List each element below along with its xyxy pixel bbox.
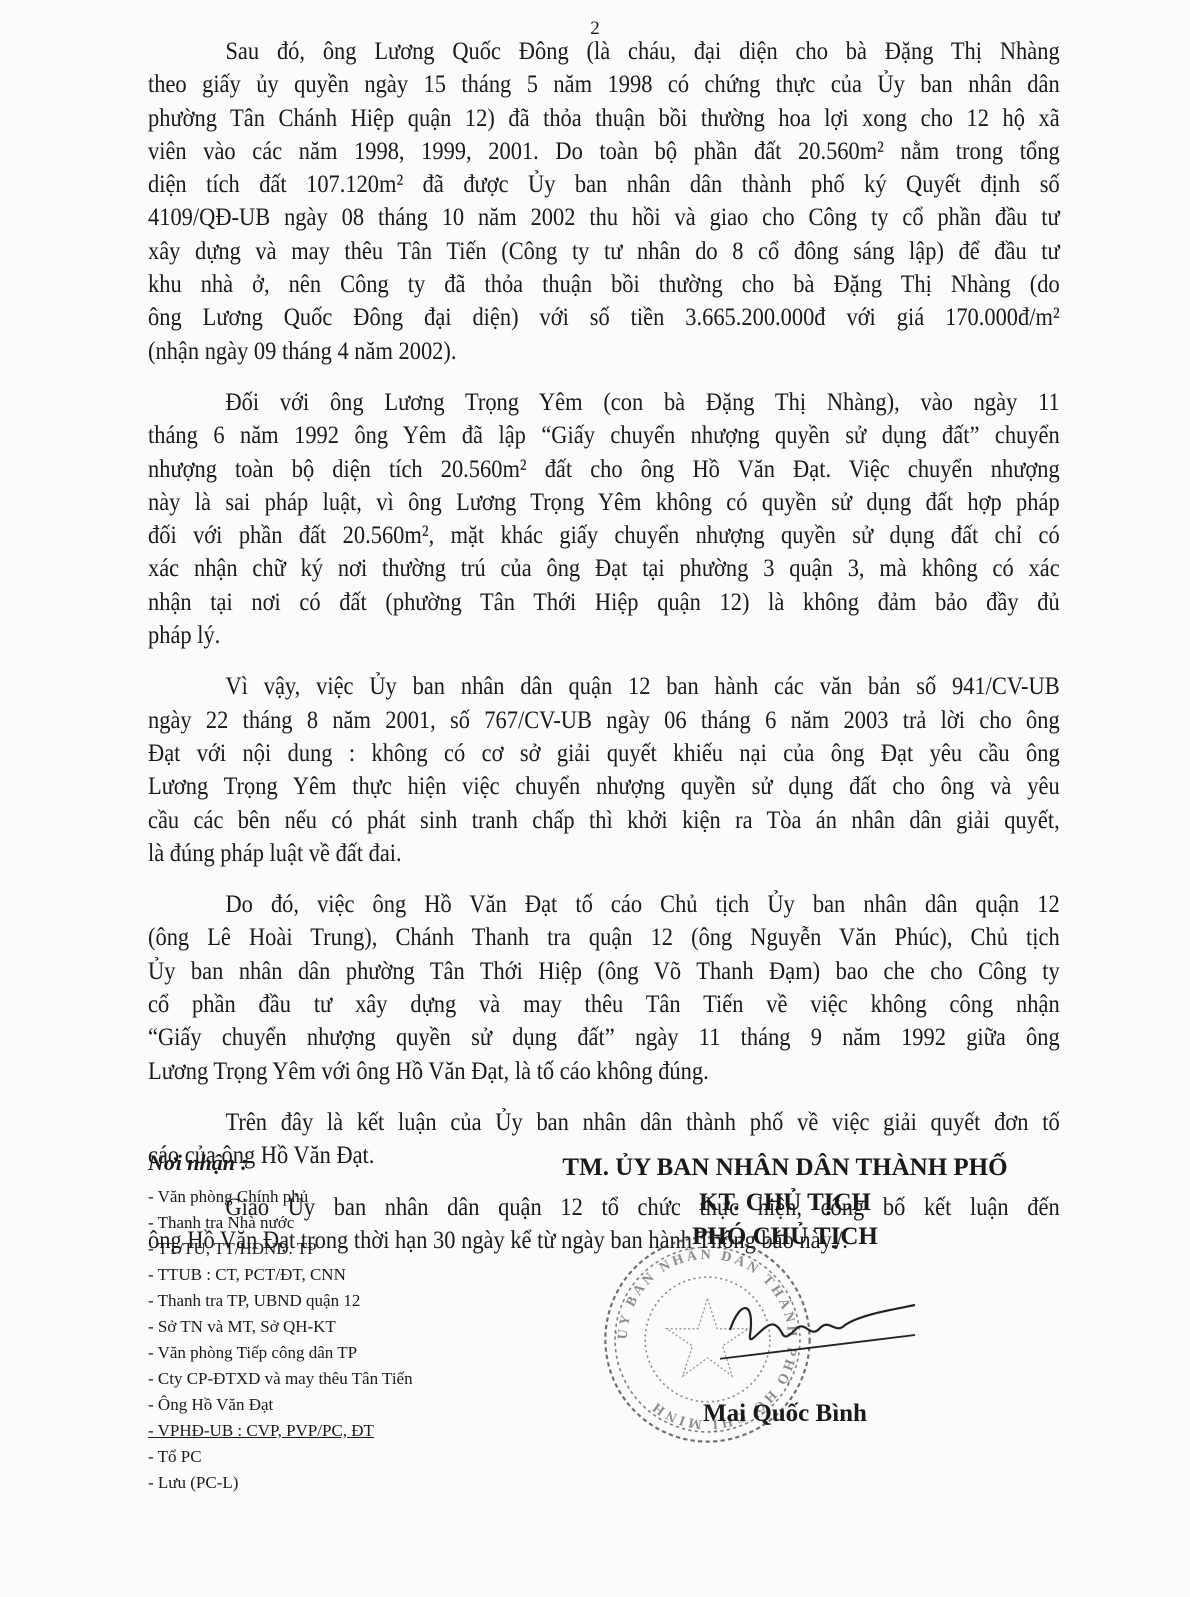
text-line: ông Lương Quốc Đông đại diện) với số tiề…: [71, 300, 1060, 333]
recipients-list: - Văn phòng Chính phủ- Thanh tra Nhà nướ…: [148, 1184, 413, 1496]
paragraph: Đối với ông Lương Trọng Yêm (con bà Đặng…: [148, 385, 1060, 651]
text-line: Ủy ban nhân dân phường Tân Thới Hiệp (ôn…: [71, 954, 1060, 987]
text-line: cổ phần đầu tư xây dựng và may thêu Tân …: [71, 987, 1060, 1020]
signature-block: TM. ỦY BAN NHÂN DÂN THÀNH PHỐ KT. CHỦ TỊ…: [505, 1150, 1065, 1254]
text-line: Do đó, việc ông Hồ Văn Đạt tố cáo Chủ tị…: [148, 887, 1060, 920]
text-line: khu nhà ở, nên Công ty đã thỏa thuận bồi…: [71, 267, 1060, 300]
text-line: Đối với ông Lương Trọng Yêm (con bà Đặng…: [148, 385, 1060, 418]
signer-name: Mai Quốc Bình: [505, 1400, 1065, 1428]
recipient-item: - Tổ PC: [148, 1444, 413, 1470]
text-line: Lương Trọng Yêm với ông Hồ Văn Đạt, là t…: [71, 1054, 1060, 1087]
text-line: đối với phần đất 20.560m², mặt khác giấy…: [71, 518, 1060, 551]
recipient-item: - Sở TN và MT, Sở QH-KT: [148, 1314, 413, 1340]
recipient-item: - Ông Hồ Văn Đạt: [148, 1392, 413, 1418]
text-line: (nhận ngày 09 tháng 4 năm 2002).: [71, 334, 1060, 367]
recipient-item: - Thanh tra Nhà nước: [148, 1210, 413, 1236]
signature-title: PHÓ CHỦ TỊCH: [505, 1220, 1065, 1254]
paragraph: Do đó, việc ông Hồ Văn Đạt tố cáo Chủ tị…: [148, 887, 1060, 1087]
text-line: “Giấy chuyển nhượng quyền sử dụng đất” n…: [71, 1020, 1060, 1053]
signature-organization: TM. ỦY BAN NHÂN DÂN THÀNH PHỐ: [505, 1150, 1065, 1186]
text-line: tháng 6 năm 1992 ông Yêm đã lập “Giấy ch…: [71, 418, 1060, 451]
text-line: Trên đây là kết luận của Ủy ban nhân dân…: [148, 1105, 1060, 1138]
recipient-item: - Thanh tra TP, UBND quận 12: [148, 1288, 413, 1314]
text-line: xây dựng và may thêu Tân Tiến (Công ty t…: [71, 234, 1060, 267]
recipient-item: - Cty CP-ĐTXD và may thêu Tân Tiến: [148, 1366, 413, 1392]
text-line: (ông Lê Hoài Trung), Chánh Thanh tra quậ…: [71, 920, 1060, 953]
text-line: Đạt với nội dung : không có cơ sở giải q…: [71, 736, 1060, 769]
text-line: Sau đó, ông Lương Quốc Đông (là cháu, đạ…: [148, 34, 1060, 67]
text-line: nhượng toàn bộ diện tích 20.560m² đất ch…: [71, 452, 1060, 485]
recipient-item: - VPHĐ-UB : CVP, PVP/PC, ĐT: [148, 1418, 413, 1444]
text-line: pháp lý.: [71, 618, 1060, 651]
recipient-item: - Lưu (PC-L): [148, 1470, 413, 1496]
text-line: diện tích đất 107.120m² đã được Ủy ban n…: [71, 167, 1060, 200]
text-line: nhận tại nơi có đất (phường Tân Thới Hiệ…: [71, 585, 1060, 618]
recipients-block: Nơi nhận : - Văn phòng Chính phủ- Thanh …: [148, 1150, 413, 1496]
signature-on-behalf: KT. CHỦ TỊCH: [505, 1186, 1065, 1220]
paragraph: Vì vậy, việc Ủy ban nhân dân quận 12 ban…: [148, 669, 1060, 869]
text-line: phường Tân Chánh Hiệp quận 12) đã thỏa t…: [71, 101, 1060, 134]
recipient-item: - TT/TU, TT/HĐND. TP: [148, 1236, 413, 1262]
text-line: là đúng pháp luật về đất đai.: [71, 836, 1060, 869]
text-line: viên vào các năm 1998, 1999, 2001. Do to…: [71, 134, 1060, 167]
text-line: cầu các bên nếu có phát sinh tranh chấp …: [71, 803, 1060, 836]
text-line: xác nhận chữ ký nơi thường trú của ông Đ…: [71, 551, 1060, 584]
recipient-item: - Văn phòng Tiếp công dân TP: [148, 1340, 413, 1366]
signature-icon: [720, 1290, 920, 1370]
text-line: Lương Trọng Yêm thực hiện việc chuyển nh…: [71, 769, 1060, 802]
text-line: theo giấy ủy quyền ngày 15 tháng 5 năm 1…: [71, 67, 1060, 100]
text-line: 4109/QĐ-UB ngày 08 tháng 10 năm 2002 thu…: [71, 200, 1060, 233]
text-line: Vì vậy, việc Ủy ban nhân dân quận 12 ban…: [148, 669, 1060, 702]
text-line: này là sai pháp luật, vì ông Lương Trọng…: [71, 485, 1060, 518]
paragraph: Sau đó, ông Lương Quốc Đông (là cháu, đạ…: [148, 34, 1060, 367]
document-body: Sau đó, ông Lương Quốc Đông (là cháu, đạ…: [148, 34, 1060, 1274]
recipient-item: - TTUB : CT, PCT/ĐT, CNN: [148, 1262, 413, 1288]
text-line: ngày 22 tháng 8 năm 2001, số 767/CV-UB n…: [71, 703, 1060, 736]
recipients-heading: Nơi nhận :: [148, 1150, 413, 1176]
recipient-item: - Văn phòng Chính phủ: [148, 1184, 413, 1210]
